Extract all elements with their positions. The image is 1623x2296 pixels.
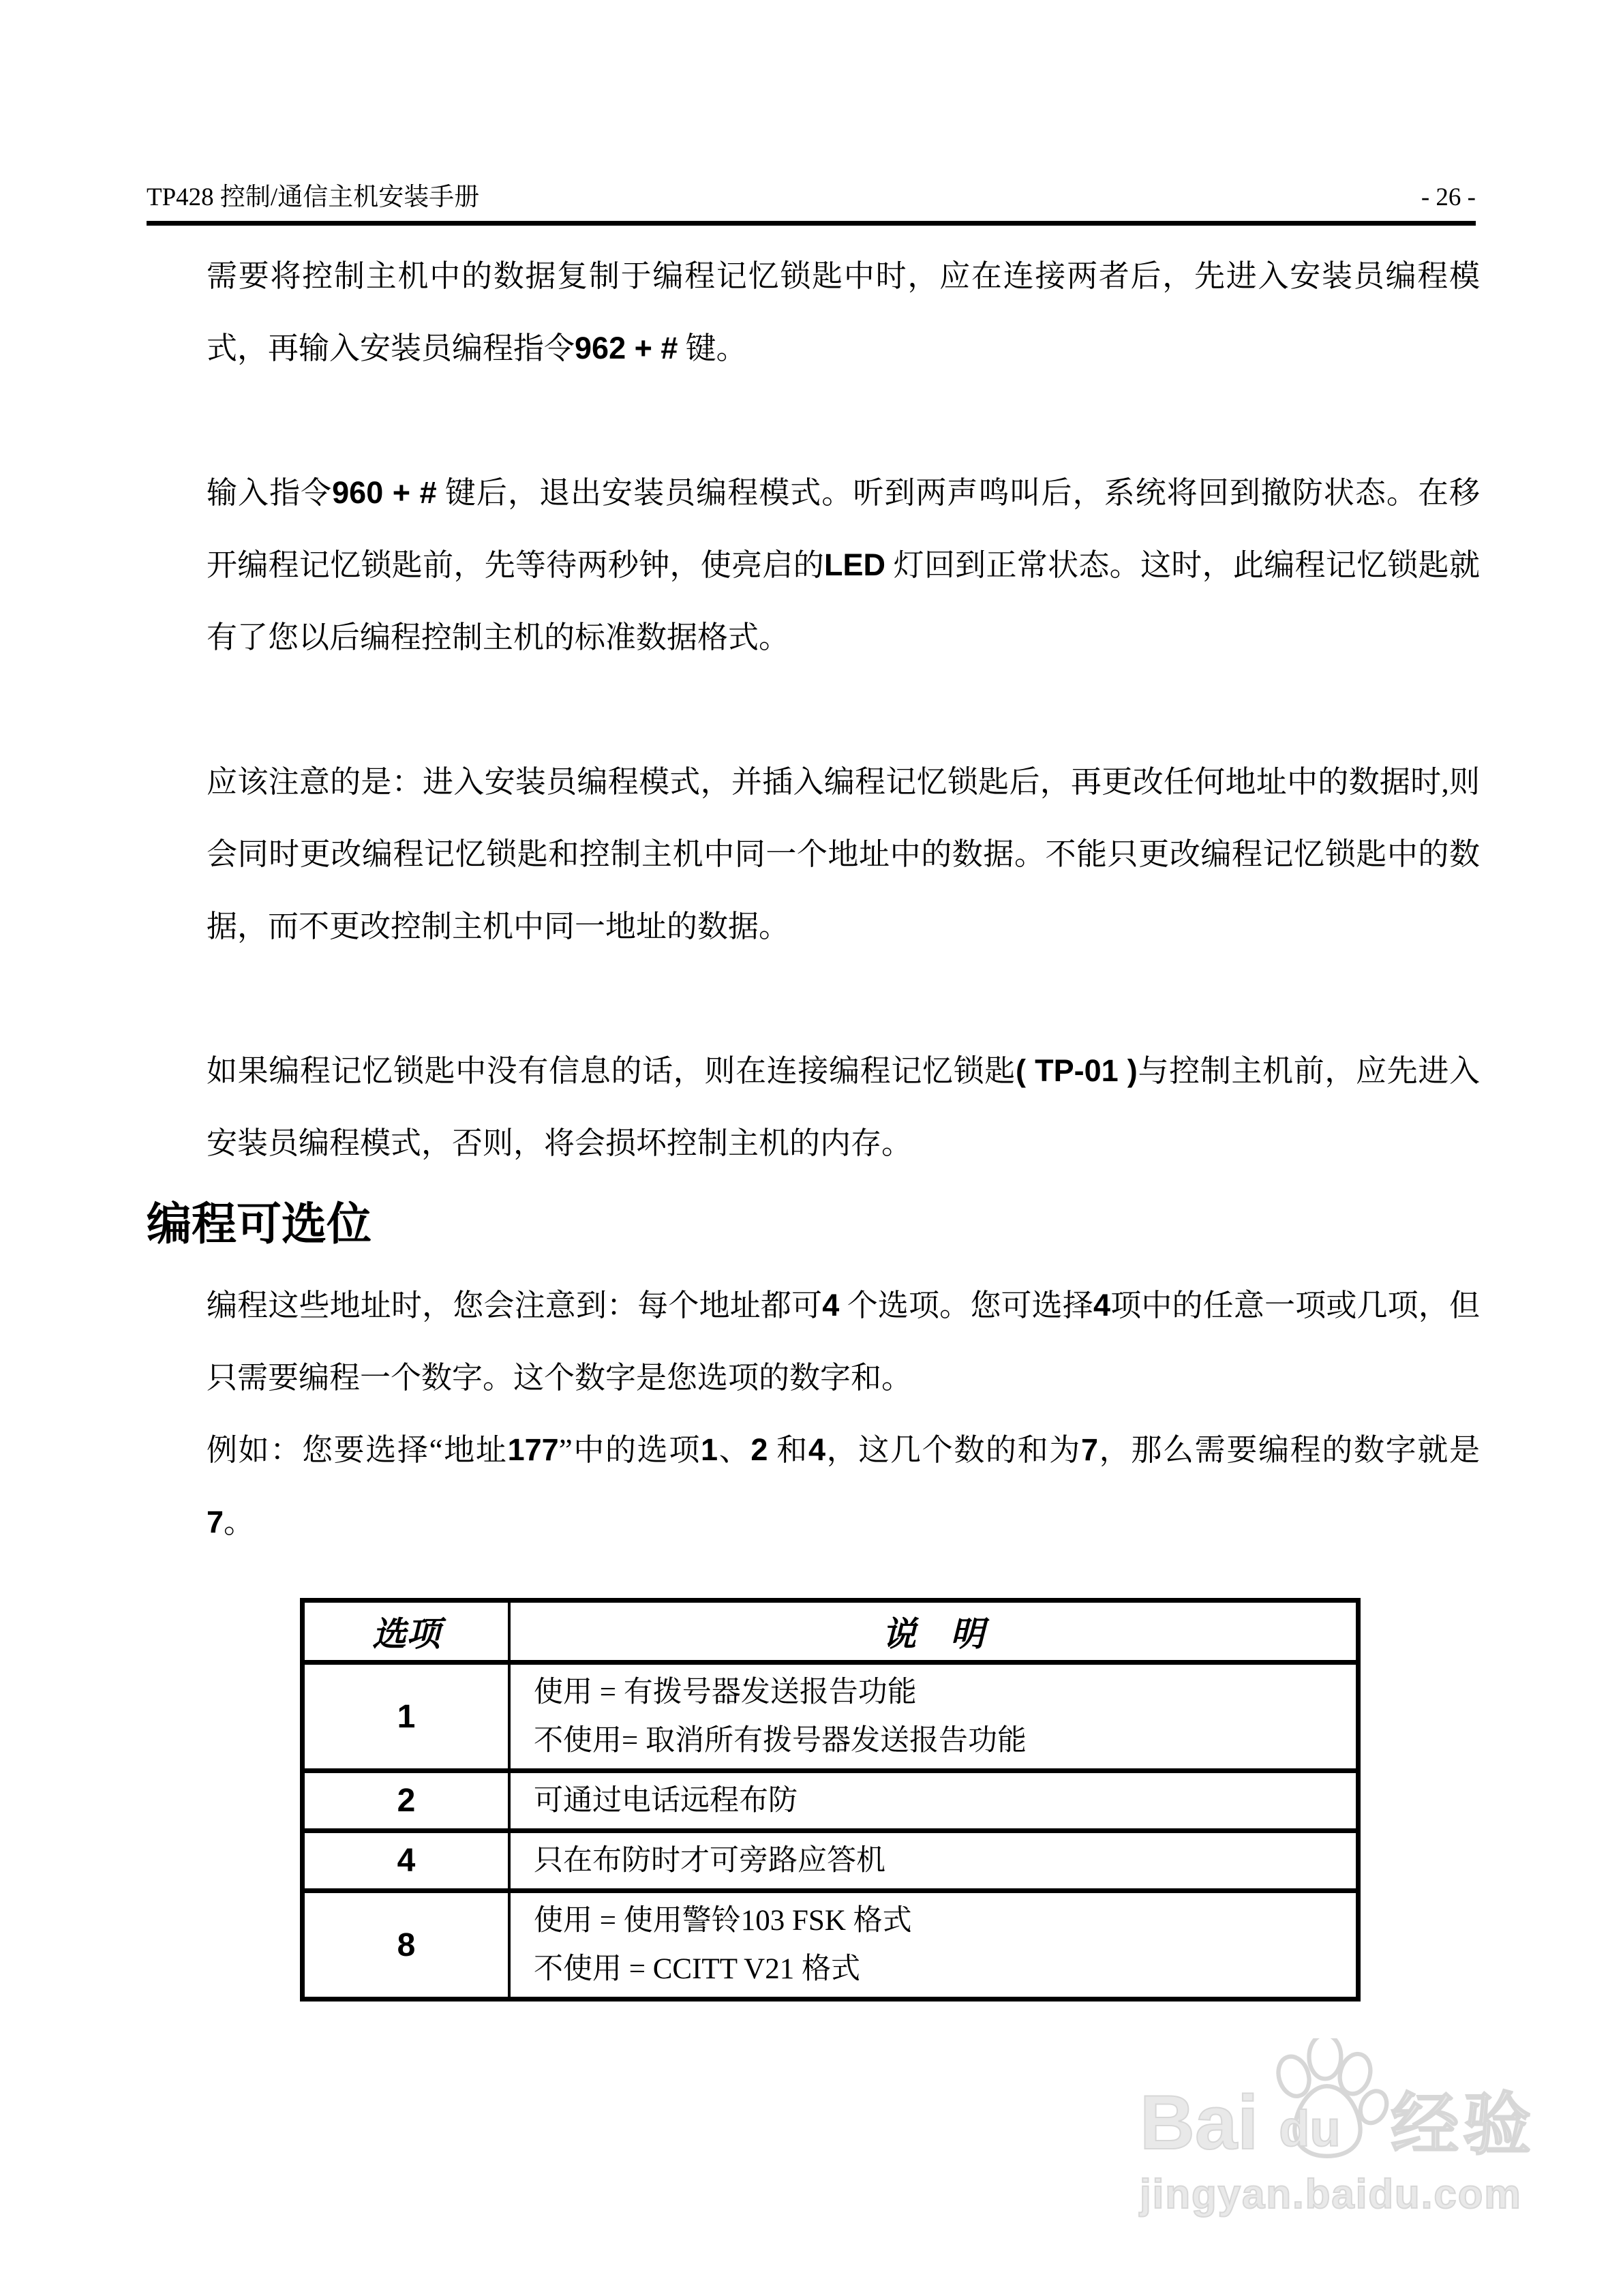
description-cell: 只在布防时才可旁路应答机 <box>509 1831 1359 1891</box>
bold-run: ( TP-01 ) <box>1016 1053 1138 1088</box>
description-cell: 可通过电话远程布防 <box>509 1771 1359 1831</box>
bold-run: 2 <box>750 1432 768 1467</box>
description-line: 使用 = 使用警铃103 FSK 格式 <box>534 1897 1349 1945</box>
bold-run: 7 <box>207 1505 224 1539</box>
baidu-logo-text-bai: Bai <box>1140 2085 1258 2161</box>
table-row: 4只在布防时才可旁路应答机 <box>303 1831 1359 1891</box>
bold-run: 4 <box>822 1288 839 1323</box>
option-cell: 4 <box>303 1831 510 1891</box>
description-line: 只在布防时才可旁路应答机 <box>534 1837 1349 1885</box>
bold-run: 4 <box>1093 1288 1110 1323</box>
text-run: ”中的选项 <box>559 1433 701 1467</box>
options-table-head: 选项说 明 <box>303 1601 1359 1663</box>
table-header-row: 选项说 明 <box>303 1601 1359 1663</box>
description-line: 可通过电话远程布防 <box>534 1777 1349 1825</box>
text-run: ，这几个数的和为 <box>825 1433 1081 1467</box>
document-body: 需要将控制主机中的数据复制于编程记忆锁匙中时，应在连接两者后，先进入安装员编程模… <box>147 240 1480 2002</box>
option-cell: 2 <box>303 1771 510 1831</box>
option-cell: 8 <box>303 1891 510 1999</box>
bold-run: 1 <box>701 1432 718 1467</box>
table-row: 1使用 = 有拨号器发送报告功能不使用= 取消所有拨号器发送报告功能 <box>303 1663 1359 1771</box>
description-cell: 使用 = 有拨号器发送报告功能不使用= 取消所有拨号器发送报告功能 <box>509 1663 1359 1771</box>
bold-run: LED <box>824 547 885 582</box>
options-table-body: 1使用 = 有拨号器发送报告功能不使用= 取消所有拨号器发送报告功能2可通过电话… <box>303 1663 1359 1999</box>
header-rule <box>147 221 1476 226</box>
baidu-logo-text-du: du <box>1279 2104 1340 2154</box>
bold-run: 960 + # <box>332 475 436 510</box>
baidu-logo: Bai du 经验 <box>1140 2038 1562 2161</box>
text-run: 输入指令 <box>207 476 332 510</box>
paragraph: 如果编程记忆锁匙中没有信息的话，则在连接编程记忆锁匙( TP-01 )与控制主机… <box>207 1035 1480 1179</box>
description-line: 不使用 = CCITT V21 格式 <box>534 1945 1349 1993</box>
table-row: 2可通过电话远程布防 <box>303 1771 1359 1831</box>
text-run: ，那么需要编程的数字就是 <box>1098 1433 1480 1467</box>
description-line: 不使用= 取消所有拨号器发送报告功能 <box>534 1717 1349 1765</box>
page-number: - 26 - <box>1421 183 1476 212</box>
bold-run: 177 <box>508 1432 559 1467</box>
baidu-paw-icon: du <box>1260 2038 1389 2161</box>
description-cell: 使用 = 使用警铃103 FSK 格式不使用 = CCITT V21 格式 <box>509 1891 1359 1999</box>
text-run: 如果编程记忆锁匙中没有信息的话，则在连接编程记忆锁匙 <box>207 1054 1016 1088</box>
paragraph: 编程这些地址时，您会注意到：每个地址都可4 个选项。您可选择4项中的任意一项或几… <box>207 1269 1480 1414</box>
bold-run: 7 <box>1081 1432 1098 1467</box>
paragraph: 例如：您要选择“地址177”中的选项1、2 和4，这几个数的和为7，那么需要编程… <box>207 1414 1480 1558</box>
manual-title: TP428 控制/通信主机安装手册 <box>147 176 479 213</box>
text-run: 键。 <box>678 331 746 365</box>
text-run: 。 <box>224 1505 254 1539</box>
text-run: 例如：您要选择“地址 <box>207 1433 508 1467</box>
paragraph: 应该注意的是：进入安装员编程模式，并插入编程记忆锁匙后，再更改任何地址中的数据时… <box>207 746 1480 963</box>
table-header-option: 选项 <box>303 1601 510 1663</box>
text-run: 和 <box>768 1433 808 1467</box>
section-heading: 编程可选位 <box>147 1189 1480 1258</box>
table-header-description: 说 明 <box>509 1601 1359 1663</box>
watermark-url: jingyan.baidu.com <box>1140 2171 1562 2218</box>
bold-run: 4 <box>808 1432 825 1467</box>
option-cell: 1 <box>303 1663 510 1771</box>
bold-run: 962 + # <box>575 331 678 365</box>
baidu-watermark: Bai du 经验 jingyan.baidu.com <box>1140 2038 1562 2218</box>
text-run: 、 <box>718 1433 750 1467</box>
text-run: 个选项。您可选择 <box>839 1288 1093 1323</box>
paragraph: 输入指令960 + # 键后，退出安装员编程模式。听到两声鸣叫后，系统将回到撤防… <box>207 457 1480 674</box>
text-run: 需要将控制主机中的数据复制于编程记忆锁匙中时，应在连接两者后，先进入安装员编程模… <box>207 259 1480 365</box>
paragraph: 需要将控制主机中的数据复制于编程记忆锁匙中时，应在连接两者后，先进入安装员编程模… <box>207 240 1480 384</box>
text-run: 应该注意的是：进入安装员编程模式，并插入编程记忆锁匙后，再更改任何地址中的数据时… <box>207 765 1480 943</box>
table-row: 8使用 = 使用警铃103 FSK 格式不使用 = CCITT V21 格式 <box>303 1891 1359 1999</box>
baidu-logo-text-jingyan: 经验 <box>1391 2089 1535 2161</box>
text-run: 编程这些地址时，您会注意到：每个地址都可 <box>207 1288 822 1323</box>
page-header: TP428 控制/通信主机安装手册 - 26 - <box>147 176 1476 213</box>
options-table: 选项说 明1使用 = 有拨号器发送报告功能不使用= 取消所有拨号器发送报告功能2… <box>300 1598 1361 2002</box>
description-line: 使用 = 有拨号器发送报告功能 <box>534 1668 1349 1717</box>
